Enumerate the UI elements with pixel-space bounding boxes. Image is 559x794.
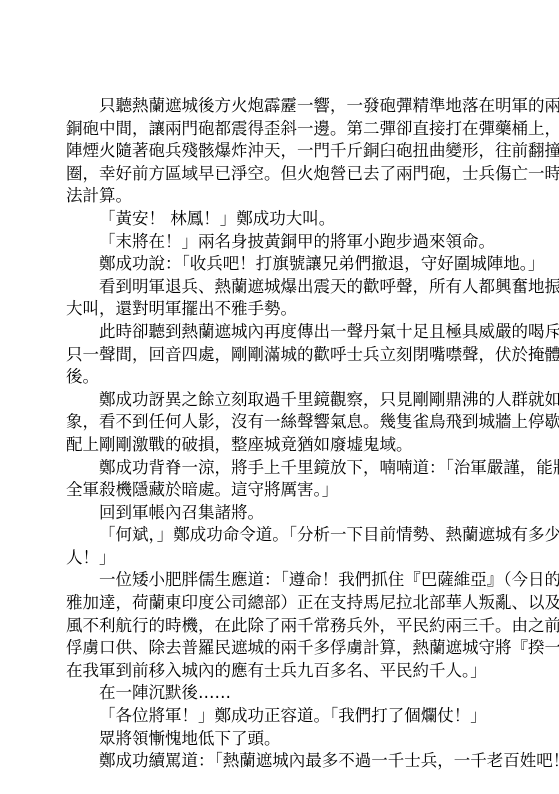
text-line: 「何斌，」鄭成功命令道。「分析一下目前情勢、熱蘭遮城有多少 (66, 524, 488, 547)
text-line: 回到軍帳內召集諸將。 (66, 502, 488, 525)
text-line: 「黃安！ 林鳳！」鄭成功大叫。 (66, 208, 488, 231)
text-line: 俘虜口供、除去普羅民遮城的兩千多俘虜計算，熱蘭遮城守將『揆一』 (66, 637, 488, 660)
text-line: 此時卻聽到熱蘭遮城內再度傳出一聲丹氣十足且極具威嚴的喝斥。 (66, 321, 488, 344)
text-line: 在一陣沉默後…… (66, 682, 488, 705)
text-line: 鄭成功續罵道：「熱蘭遮城內最多不過一千士兵，一千老百姓吧！ (66, 750, 488, 773)
text-line: 看到明軍退兵、熱蘭遮城爆出震天的歡呼聲，所有人都興奮地振臂 (66, 276, 488, 299)
text-line: 只一聲間，回音四處，剛剛滿城的歡呼士兵立刻閉嘴噤聲，伏於掩體之 (66, 344, 488, 367)
text-line: 風不利航行的時機，在此除了兩千常務兵外，平民約兩三千。由之前的 (66, 615, 488, 638)
text-line: 象，看不到任何人影，沒有一絲聲響氣息。幾隻雀鳥飛到城牆上停歇， (66, 411, 488, 434)
text-line: 鄭成功背脊一涼，將手上千里鏡放下，喃喃道：「治軍嚴謹，能將 (66, 457, 488, 480)
text-line: 鄭成功訝異之餘立刻取過千里鏡觀察，只見剛剛鼎沸的人群就如幻 (66, 389, 488, 412)
document-page: 只聽熱蘭遮城後方火炮霹靂一響，一發砲彈精準地落在明軍的兩門 銅砲中間，讓兩門砲都… (66, 95, 488, 773)
text-line: 銅砲中間，讓兩門砲都震得歪斜一邊。第二彈卻直接打在彈藥桶上，一 (66, 118, 488, 141)
text-line: 雅加達，荷蘭東印度公司總部）正在支持馬尼拉北部華人叛亂、以及季 (66, 592, 488, 615)
text-line: 配上剛剛激戰的破損，整座城竟猶如廢墟鬼域。 (66, 434, 488, 457)
text-line: 後。 (66, 366, 488, 389)
text-line: 陣煙火隨著砲兵殘骸爆炸沖天，一門千斤銅臼砲扭曲變形，往前翻撞數 (66, 140, 488, 163)
text-line: 只聽熱蘭遮城後方火炮霹靂一響，一發砲彈精準地落在明軍的兩門 (66, 95, 488, 118)
text-line: 大叫，還對明軍擺出不雅手勢。 (66, 298, 488, 321)
text-line: 在我軍到前移入城內的應有士兵九百多名、平民約千人。」 (66, 660, 488, 683)
text-line: 「各位將軍！」鄭成功正容道。「我們打了個爛仗！」 (66, 705, 488, 728)
text-line: 全軍殺機隱藏於暗處。這守將厲害。」 (66, 479, 488, 502)
text-line: 人！」 (66, 547, 488, 570)
text-line: 一位矮小肥胖儒生應道：「遵命！我們抓住『巴薩維亞』（今日的 (66, 569, 488, 592)
text-line: 「末將在！」兩名身披黃銅甲的將軍小跑步過來領命。 (66, 231, 488, 254)
text-line: 眾將領慚愧地低下了頭。 (66, 728, 488, 751)
text-line: 圈，幸好前方區域早已淨空。但火炮營已去了兩門砲，士兵傷亡一時無 (66, 163, 488, 186)
text-line: 法計算。 (66, 185, 488, 208)
text-line: 鄭成功說：「收兵吧！打旗號讓兄弟們撤退，守好圍城陣地。」 (66, 253, 488, 276)
